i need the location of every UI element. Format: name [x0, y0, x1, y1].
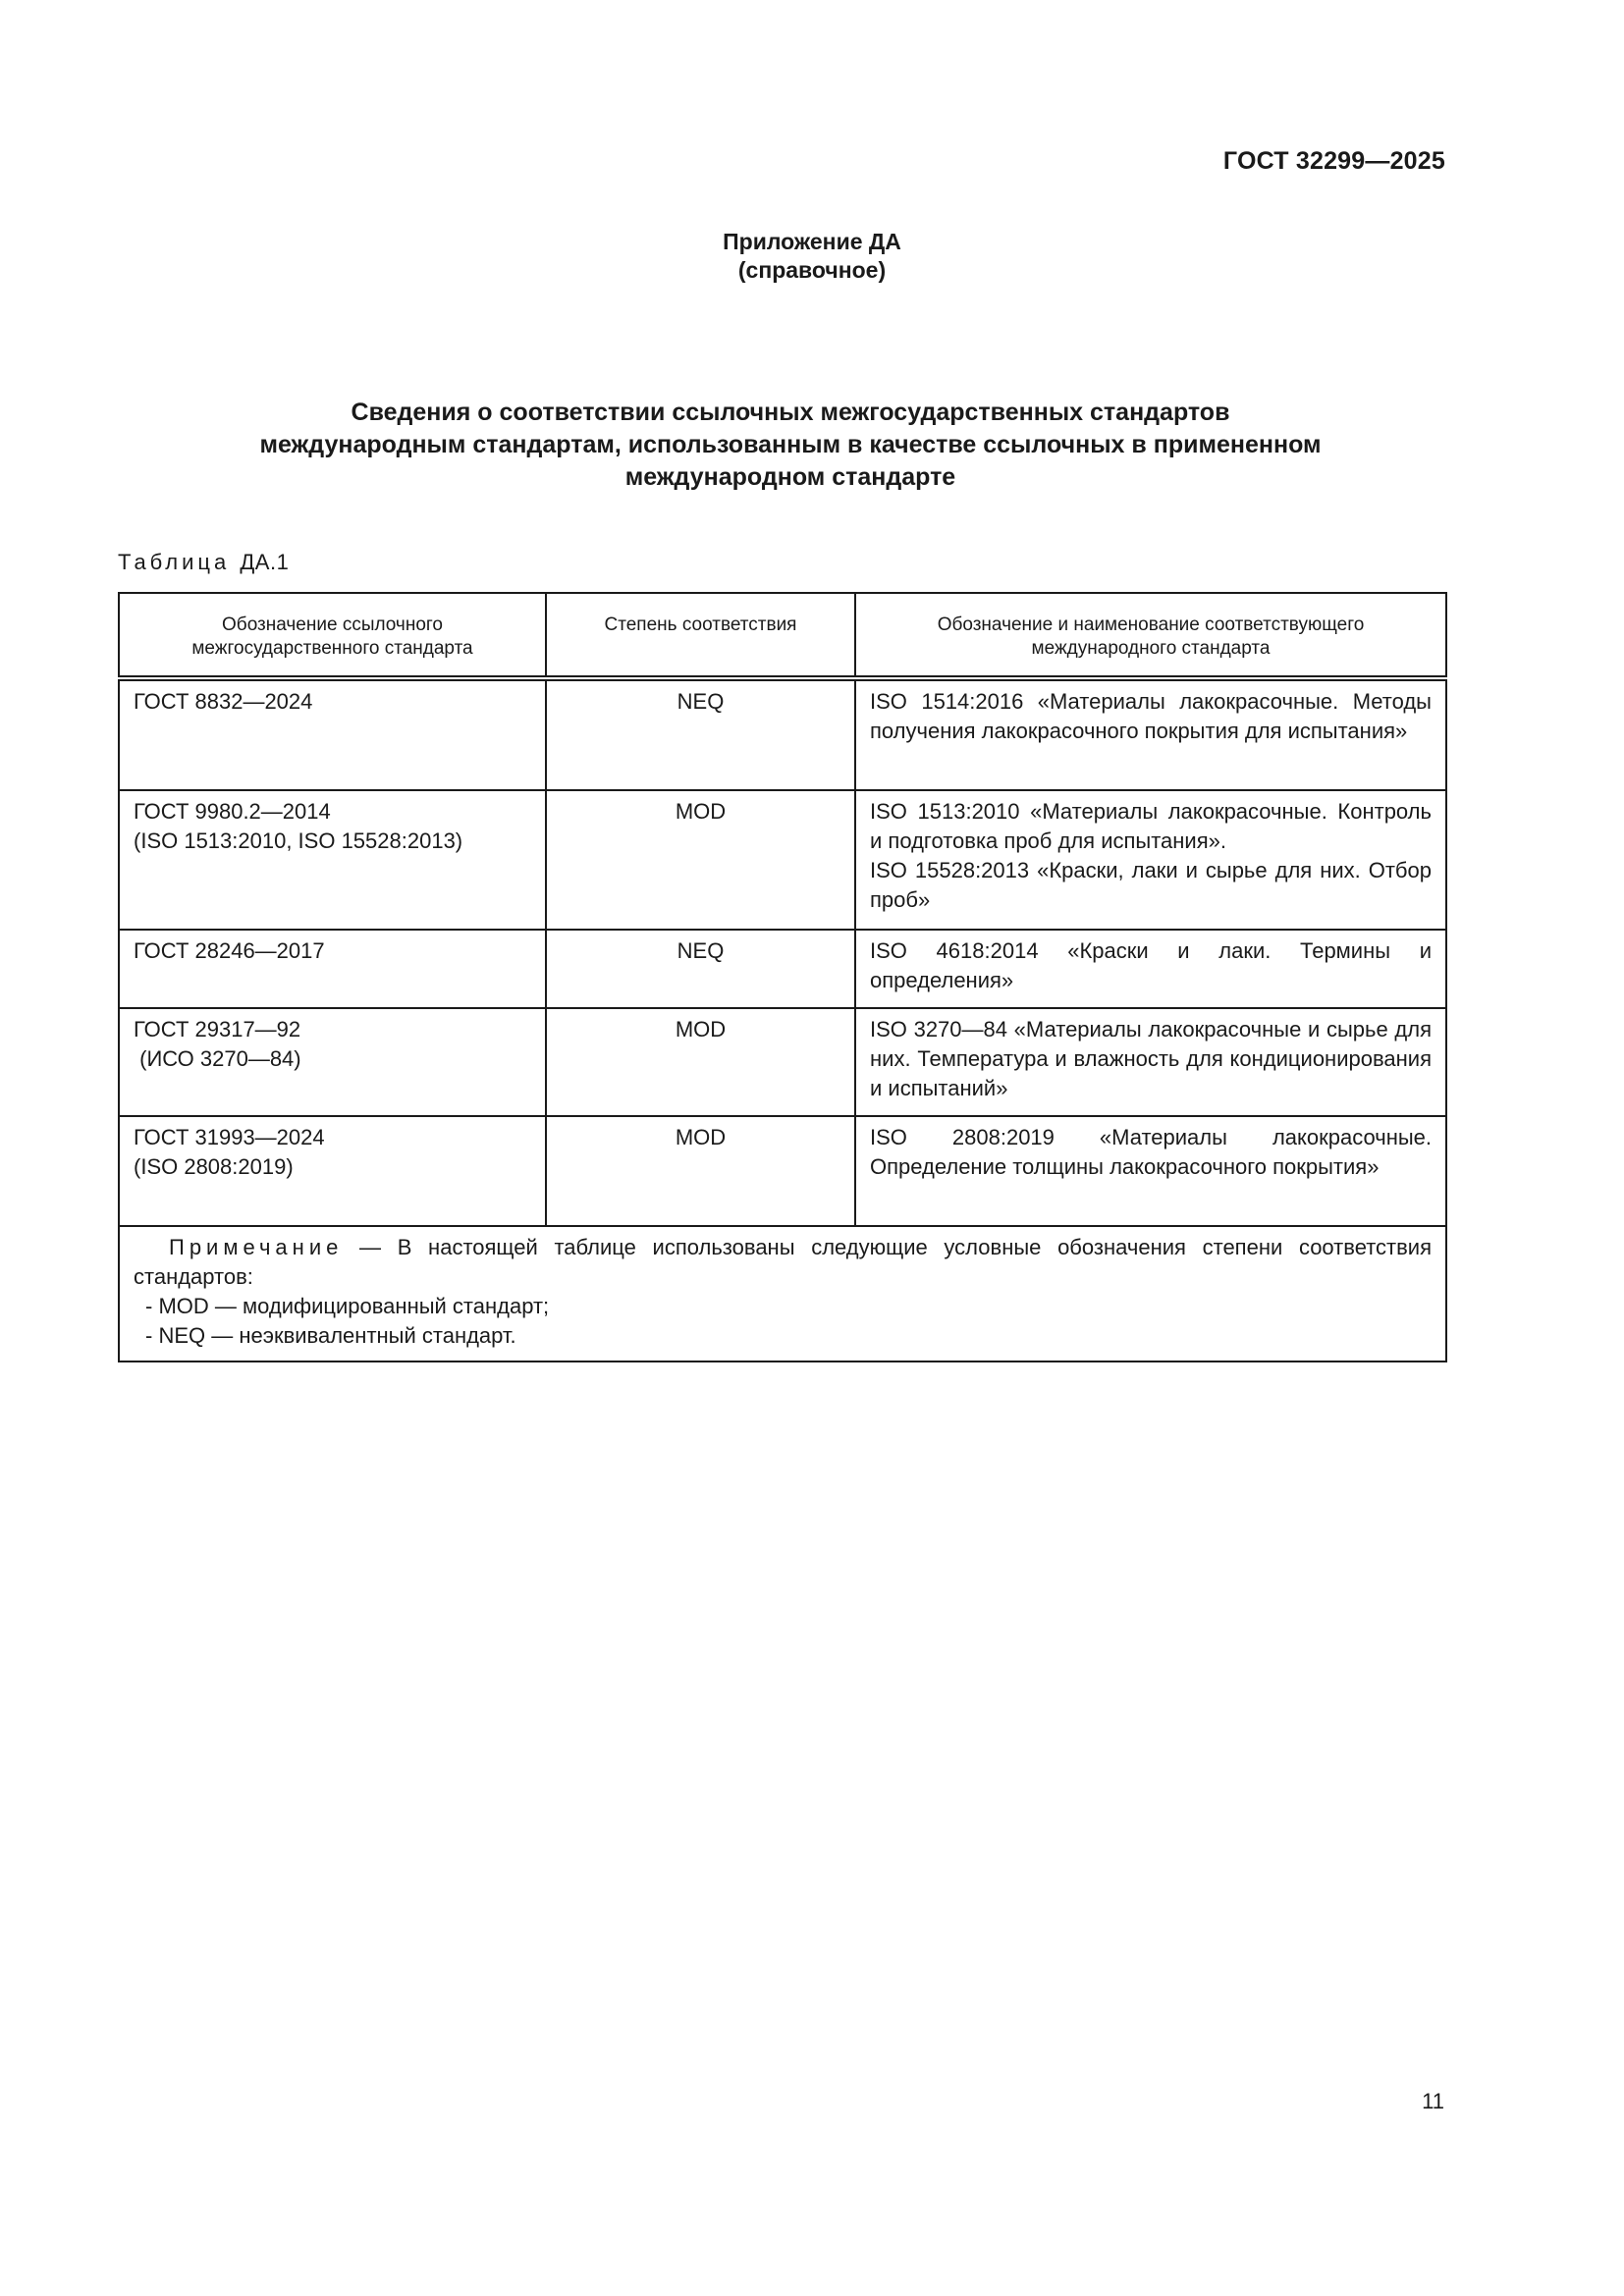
cell-international: ISO 3270—84 «Материалы лакокрасочные и с… [855, 1008, 1446, 1116]
interstate-standard-ref: (ИСО 3270—84) [134, 1044, 531, 1074]
table-label-word: Таблица [118, 550, 230, 574]
interstate-standard: ГОСТ 28246—2017 [134, 936, 531, 966]
interstate-standard-ref: (ISO 1513:2010, ISO 15528:2013) [134, 827, 531, 856]
table-note-row: Примечание — В настоящей таблице использ… [119, 1226, 1446, 1362]
column-header-interstate: Обозначение ссылочного межгосударственно… [119, 593, 546, 678]
cell-interstate: ГОСТ 9980.2—2014 (ISO 1513:2010, ISO 155… [119, 790, 546, 930]
interstate-standard: ГОСТ 9980.2—2014 [134, 797, 531, 827]
section-title-line: международным стандартам, использованным… [137, 429, 1443, 461]
international-standard: ISO 3270—84 «Материалы лакокрасочные и с… [870, 1015, 1432, 1103]
table-header-row: Обозначение ссылочного межгосударственно… [119, 593, 1446, 678]
cell-degree: NEQ [546, 678, 855, 790]
cell-international: ISO 1514:2016 «Материалы лакокрасочные. … [855, 678, 1446, 790]
interstate-standard: ГОСТ 8832—2024 [134, 687, 531, 717]
section-title-line: международном стандарте [137, 461, 1443, 494]
international-standard: ISO 1514:2016 «Материалы лакокрасочные. … [870, 687, 1432, 746]
page-number: 11 [1422, 2089, 1444, 2114]
appendix-title: Приложение ДА [0, 228, 1624, 256]
table-row: ГОСТ 8832—2024 NEQ ISO 1514:2016 «Матери… [119, 678, 1446, 790]
table-label: Таблица ДА.1 [118, 550, 289, 575]
note-item-mod: - MOD — модифицированный стандарт; [134, 1292, 1432, 1321]
column-header-degree: Степень соответствия [546, 593, 855, 678]
appendix-heading: Приложение ДА (справочное) [0, 228, 1624, 285]
table-row: ГОСТ 9980.2—2014 (ISO 1513:2010, ISO 155… [119, 790, 1446, 930]
international-standard: ISO 1513:2010 «Материалы лакокрасочные. … [870, 797, 1432, 856]
appendix-subtitle: (справочное) [0, 256, 1624, 285]
international-standard: ISO 2808:2019 «Материалы лакокрасочные. … [870, 1123, 1432, 1182]
cell-interstate: ГОСТ 8832—2024 [119, 678, 546, 790]
column-header-international: Обозначение и наименование соответствующ… [855, 593, 1446, 678]
cell-international: ISO 1513:2010 «Материалы лакокрасочные. … [855, 790, 1446, 930]
section-title: Сведения о соответствии ссылочных межгос… [137, 397, 1443, 494]
international-standard: ISO 4618:2014 «Краски и лаки. Термины и … [870, 936, 1432, 995]
note-item-neq: - NEQ — неэквивалентный стандарт. [134, 1321, 1432, 1351]
cell-international: ISO 4618:2014 «Краски и лаки. Термины и … [855, 930, 1446, 1008]
cell-degree: MOD [546, 1008, 855, 1116]
table-row: ГОСТ 29317—92 (ИСО 3270—84) MOD ISO 3270… [119, 1008, 1446, 1116]
note-label: Примечание [169, 1235, 343, 1259]
section-title-line: Сведения о соответствии ссылочных межгос… [137, 397, 1443, 429]
cell-interstate: ГОСТ 28246—2017 [119, 930, 546, 1008]
table-note: Примечание — В настоящей таблице использ… [119, 1226, 1446, 1362]
cell-international: ISO 2808:2019 «Материалы лакокрасочные. … [855, 1116, 1446, 1226]
correspondence-table: Обозначение ссылочного межгосударственно… [118, 592, 1447, 1362]
cell-interstate: ГОСТ 31993—2024 (ISO 2808:2019) [119, 1116, 546, 1226]
interstate-standard: ГОСТ 29317—92 [134, 1015, 531, 1044]
cell-interstate: ГОСТ 29317—92 (ИСО 3270—84) [119, 1008, 546, 1116]
document-code: ГОСТ 32299—2025 [1223, 147, 1445, 176]
interstate-standard: ГОСТ 31993—2024 [134, 1123, 531, 1152]
table-row: ГОСТ 28246—2017 NEQ ISO 4618:2014 «Краск… [119, 930, 1446, 1008]
table-row: ГОСТ 31993—2024 (ISO 2808:2019) MOD ISO … [119, 1116, 1446, 1226]
cell-degree: NEQ [546, 930, 855, 1008]
cell-degree: MOD [546, 790, 855, 930]
cell-degree: MOD [546, 1116, 855, 1226]
international-standard: ISO 15528:2013 «Краски, лаки и сырье для… [870, 856, 1432, 915]
interstate-standard-ref: (ISO 2808:2019) [134, 1152, 531, 1182]
table-label-number: ДА.1 [240, 550, 289, 574]
